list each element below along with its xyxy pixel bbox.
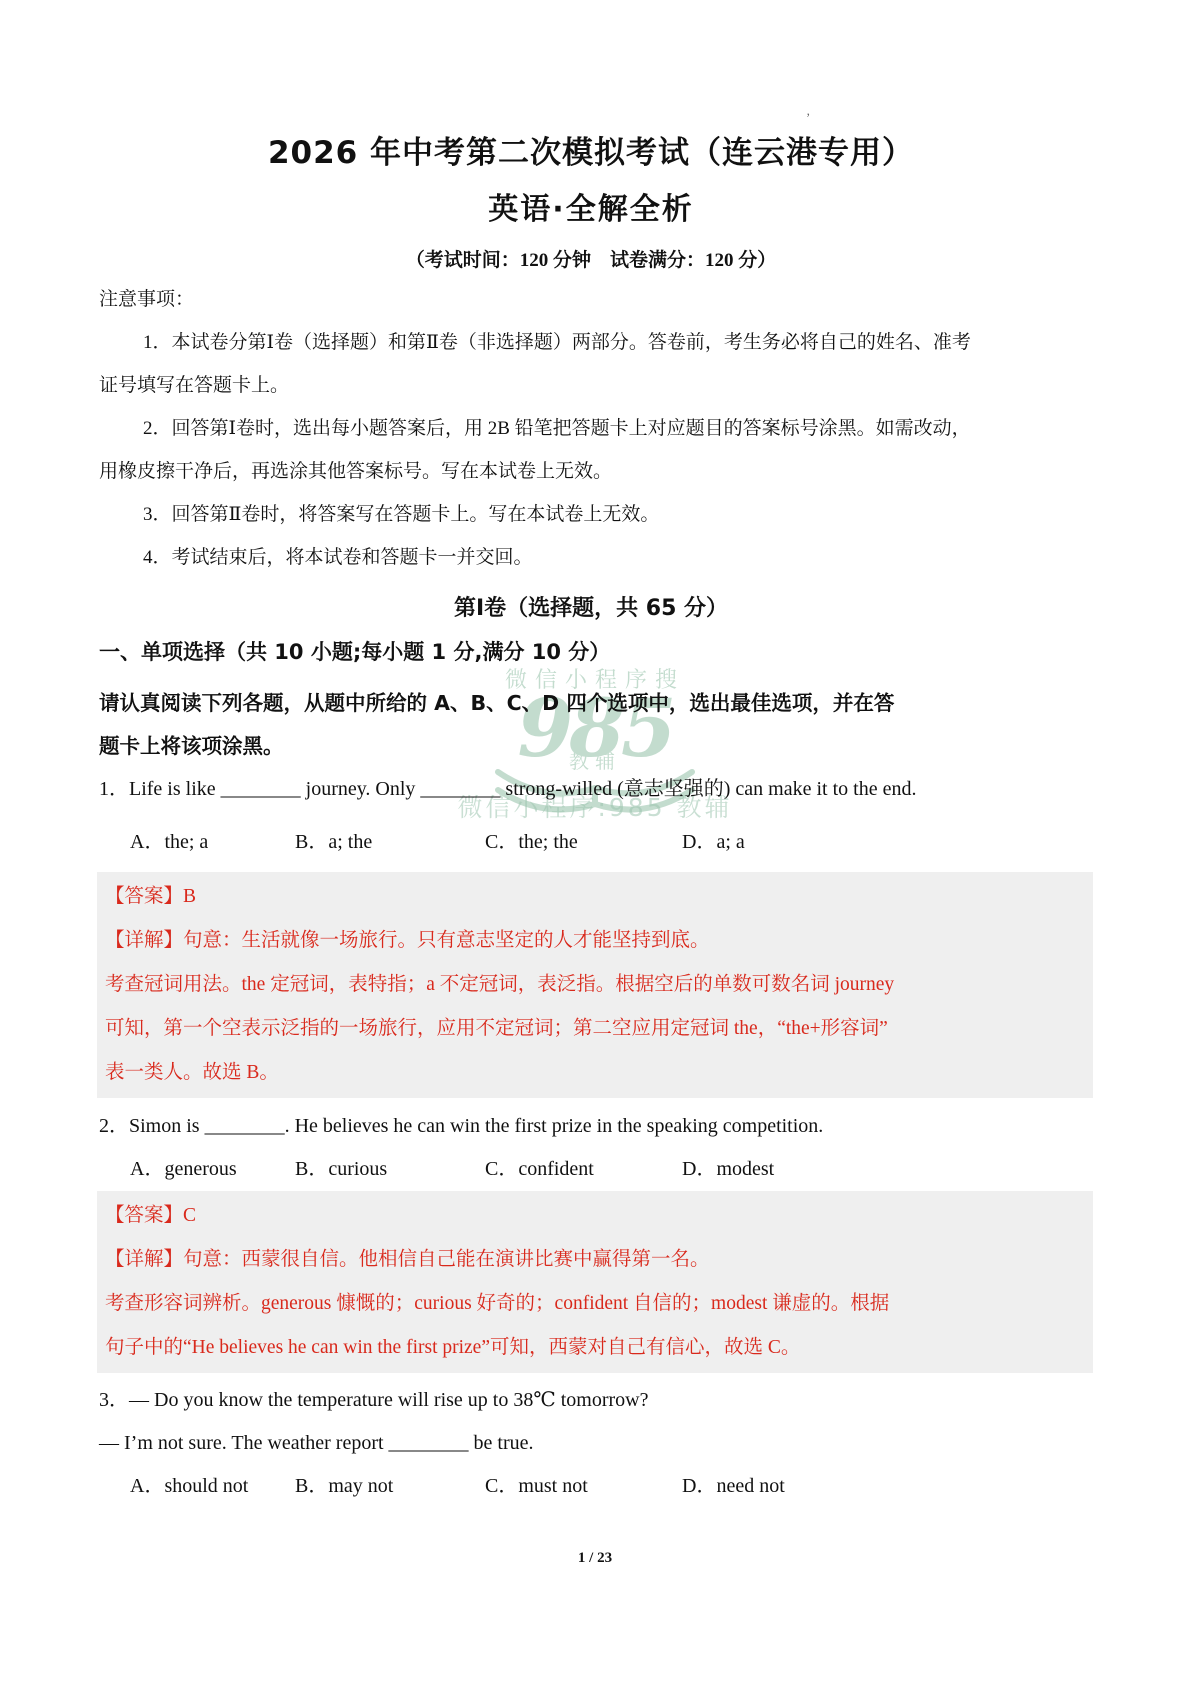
- question-1-options: A．the; a B．a; the C．the; the D．a; a: [99, 821, 1083, 864]
- option-item: A．the; a: [130, 821, 295, 864]
- answer-line: 考查冠词用法。the 定冠词，表特指；a 不定冠词，表泛指。根据空后的单数可数名…: [105, 963, 1085, 1007]
- section-one-heading: 一、单项选择（共 10 小题;每小题 1 分,满分 10 分）: [99, 631, 1083, 674]
- page-subtitle: 英语·全解全析: [99, 190, 1083, 230]
- option-item: B．a; the: [295, 821, 485, 864]
- notice-line: 4．考试结束后，将本试卷和答题卡一并交回。: [99, 536, 1083, 579]
- question-2-stem: 2．Simon is ________. He believes he can …: [99, 1105, 1083, 1148]
- answer-line: 【答案】B: [105, 875, 1085, 919]
- answer-box-1: 【答案】B 【详解】句意：生活就像一场旅行。只有意志坚定的人才能坚持到底。 考查…: [97, 872, 1093, 1098]
- question-1-stem: 1．Life is like ________ journey. Only __…: [99, 768, 1083, 811]
- part1-title: 第Ⅰ卷（选择题，共 65 分）: [99, 587, 1083, 631]
- answer-line: 【详解】句意：西蒙很自信。他相信自己能在演讲比赛中赢得第一名。: [105, 1238, 1085, 1282]
- notice-line: 2．回答第Ⅰ卷时，选出每小题答案后，用 2B 铅笔把答题卡上对应题目的答案标号涂…: [99, 407, 1083, 450]
- page-title: 2026 年中考第二次模拟考试（连云港专用）: [99, 132, 1083, 174]
- option-item: D．need not: [682, 1465, 1083, 1508]
- option-item: D．a; a: [682, 821, 1083, 864]
- notice-line: 证号填写在答题卡上。: [99, 364, 1083, 407]
- page-number: 1 / 23: [0, 1550, 1190, 1567]
- answer-line: 句子中的“He believes he can win the first pr…: [105, 1326, 1085, 1370]
- option-item: C．confident: [485, 1148, 682, 1191]
- option-item: B．may not: [295, 1465, 485, 1508]
- option-item: D．modest: [682, 1148, 1083, 1191]
- question-3-stem-line-1: 3．— Do you know the temperature will ris…: [99, 1379, 1083, 1422]
- exam-paper-page: 微信小程序搜 985 教辅 微信小程序:985 教辅 ’ 2026 年中考第二次…: [0, 0, 1190, 1683]
- notice-line: 用橡皮擦干净后，再选涂其他答案标号。写在本试卷上无效。: [99, 450, 1083, 493]
- answer-line: 【答案】C: [105, 1194, 1085, 1238]
- answer-line: 【详解】句意：生活就像一场旅行。只有意志坚定的人才能坚持到底。: [105, 919, 1085, 963]
- question-3-options: A．should not B．may not C．must not D．need…: [99, 1465, 1083, 1508]
- page-content: 2026 年中考第二次模拟考试（连云港专用） 英语·全解全析 （考试时间：120…: [99, 0, 1083, 1508]
- question-3-stem-line-2: — I’m not sure. The weather report _____…: [99, 1422, 1083, 1465]
- option-item: A．should not: [130, 1465, 295, 1508]
- answer-box-2: 【答案】C 【详解】句意：西蒙很自信。他相信自己能在演讲比赛中赢得第一名。 考查…: [97, 1191, 1093, 1373]
- exam-info-line: （考试时间：120 分钟 试卷满分：120 分）: [99, 247, 1083, 275]
- question-2-options: A．generous B．curious C．confident D．modes…: [99, 1148, 1083, 1191]
- option-item: A．generous: [130, 1148, 295, 1191]
- option-item: B．curious: [295, 1148, 485, 1191]
- option-item: C．must not: [485, 1465, 682, 1508]
- answer-line: 考查形容词辨析。generous 慷慨的；curious 好奇的；confide…: [105, 1282, 1085, 1326]
- notice-line: 3．回答第Ⅱ卷时，将答案写在答题卡上。写在本试卷上无效。: [99, 493, 1083, 536]
- answer-line: 表一类人。故选 B。: [105, 1051, 1085, 1095]
- answer-line: 可知，第一个空表示泛指的一场旅行，应用不定冠词；第二空应用定冠词 the，“th…: [105, 1007, 1085, 1051]
- instruction-line: 题卡上将该项涂黑。: [99, 725, 1083, 768]
- instruction-line: 请认真阅读下列各题，从题中所给的 A、B、C、D 四个选项中，选出最佳选项，并在…: [99, 682, 1083, 725]
- option-item: C．the; the: [485, 821, 682, 864]
- notice-line: 1．本试卷分第Ⅰ卷（选择题）和第Ⅱ卷（非选择题）两部分。答卷前，考生务必将自己的…: [99, 321, 1083, 364]
- notices-heading: 注意事项：: [99, 278, 1083, 321]
